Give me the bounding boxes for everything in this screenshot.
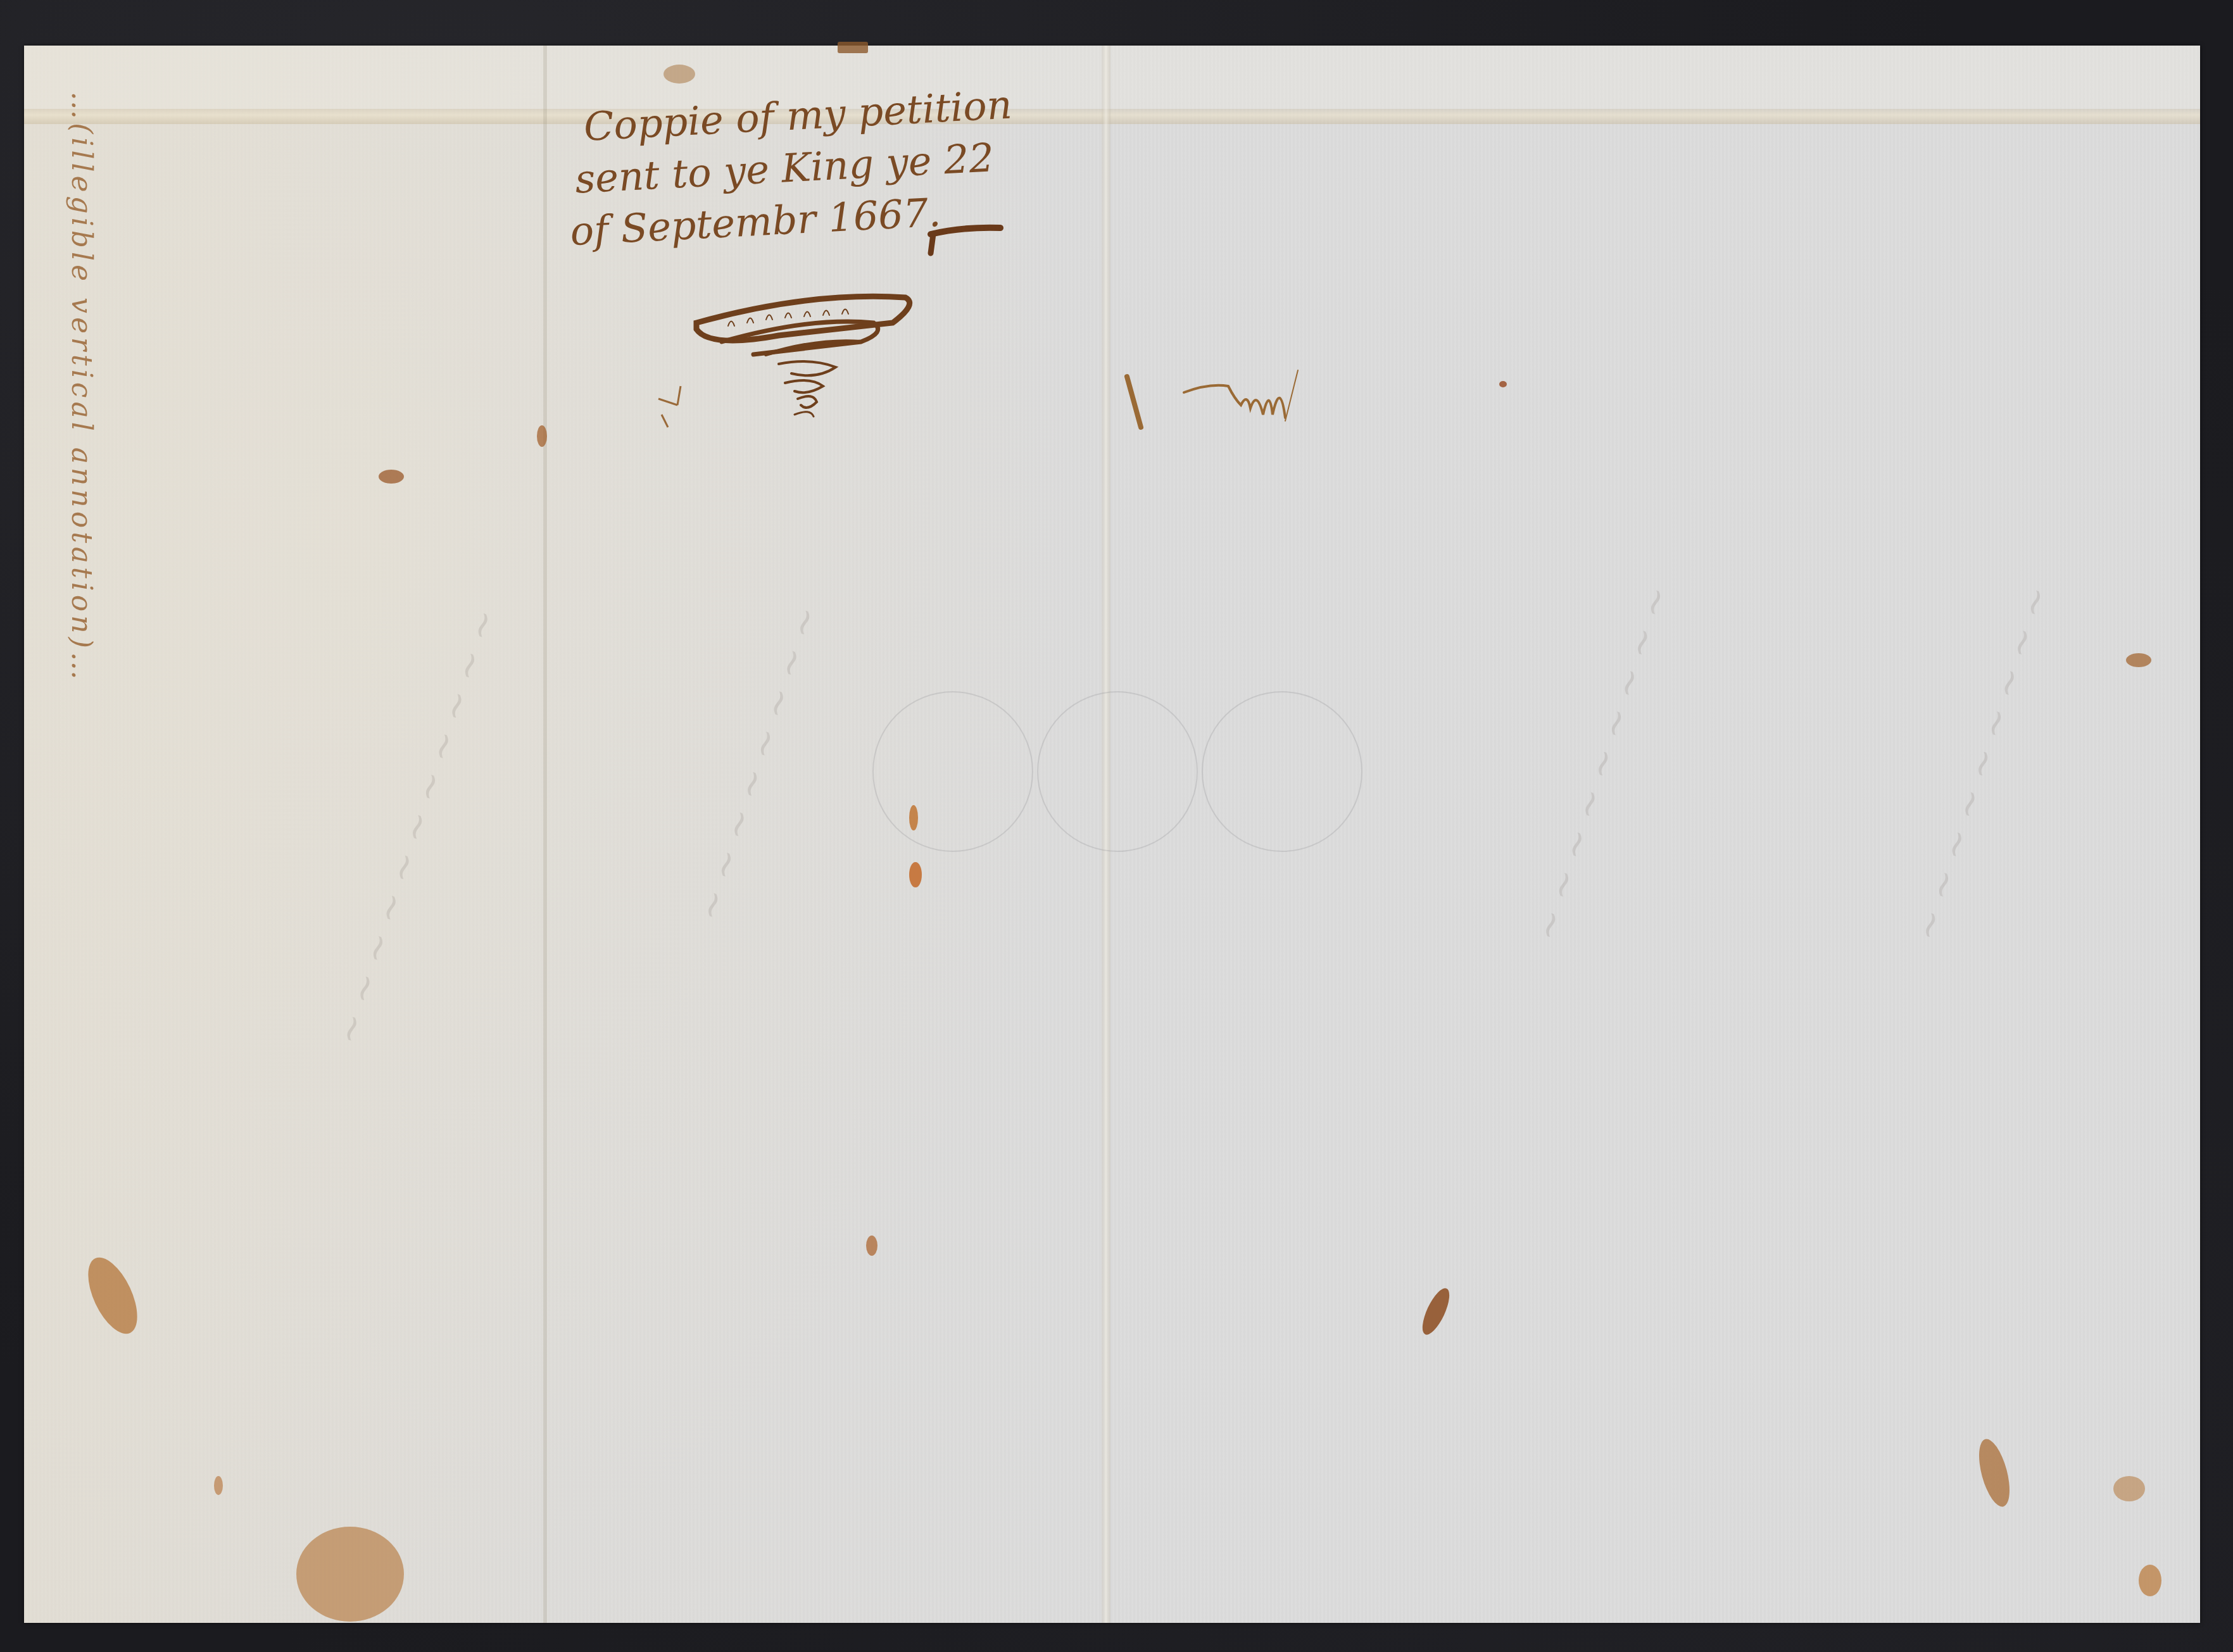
show-through-text: ~ ~ ~ ~ ~ ~ ~ ~ ~ (1904, 580, 2060, 946)
foxing-stain (1499, 381, 1507, 387)
foxing-stain (214, 1476, 223, 1495)
foxing-stain (909, 805, 918, 830)
foxing-stain (866, 1236, 877, 1256)
foxing-stain (1973, 1436, 2015, 1510)
foxing-stain (2126, 653, 2151, 667)
underline-stroke-icon (924, 222, 1007, 260)
manuscript-sheet: ~ ~ ~ ~ ~ ~ ~ ~ ~ ~ ~ ~ ~ ~ ~ ~ ~ ~ ~ ~ … (24, 46, 2200, 1623)
watermark-circle (1037, 691, 1198, 852)
horizontal-fold-crease (24, 109, 2200, 124)
foxing-stain (1417, 1285, 1454, 1338)
top-fold-strip (24, 46, 2200, 109)
show-through-text: ~ ~ ~ ~ ~ ~ ~ ~ ~ (1525, 580, 1680, 946)
foxing-stain (537, 425, 547, 447)
pen-mark-icon (652, 380, 703, 430)
foxing-stain (838, 42, 868, 53)
watermark-circle (872, 691, 1033, 852)
paraph-flourish-icon (684, 278, 924, 424)
endorsement-text: Coppie of my petition sent to ye King ye… (582, 75, 1084, 256)
foxing-stain (2139, 1565, 2161, 1596)
margin-annotation: …(illegible vertical annotation)… (53, 109, 110, 666)
pen-scribble-icon (1114, 361, 1304, 437)
watermark-circle (1202, 691, 1362, 852)
foxing-stain (909, 862, 922, 887)
foxing-stain (664, 65, 695, 84)
foxing-stain (2113, 1476, 2145, 1501)
foxing-stain (296, 1527, 404, 1622)
foxing-stain (379, 470, 404, 484)
left-fold-crease (543, 46, 547, 1623)
